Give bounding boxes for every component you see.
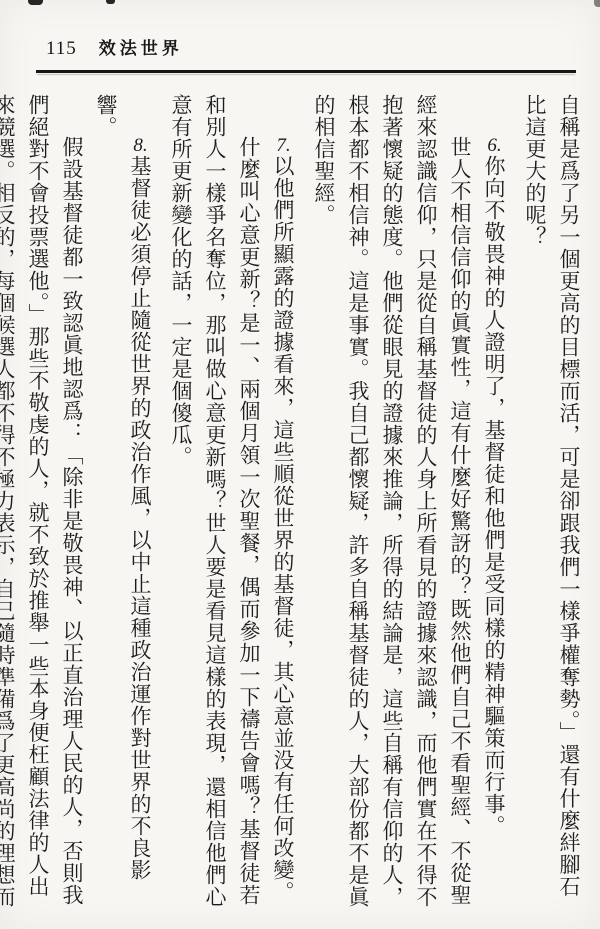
item-number: 6. — [484, 136, 505, 155]
book-page: 115 效法世界 自稱是爲了另一個更高的目標而活，可是卻跟我們一樣爭權奪勢。」還… — [0, 0, 600, 929]
item-number: 8. — [130, 136, 151, 155]
numbered-paragraph: 6.你向不敬畏神的人證明了，基督徒和他們是受同樣的精神驅策而行事。 — [477, 94, 511, 916]
paragraph: 世人不相信信仰的眞實性，這有什麼好驚訝的？既然他們自己不看聖經、不從聖經來認識信… — [307, 94, 477, 916]
numbered-paragraph: 8.基督徒必須停止隨從世界的政治作風，以中止這種政治運作對世界的不良影響。 — [89, 94, 157, 916]
chapter-title: 效法世界 — [99, 34, 183, 59]
vertical-text-body: 自稱是爲了另一個更高的目標而活，可是卻跟我們一樣爭權奪勢。」還有什麼絆腳石比這更… — [0, 94, 586, 916]
page-number: 115 — [46, 38, 77, 60]
paragraph: 假設基督徒都一致認眞地認爲：「除非是敬畏神、以正直治理人民的人，否則我們絕對不會… — [0, 94, 89, 916]
paragraph: 什麼叫心意更新？是一、兩個月領一次聖餐，偶而參加一下禱告會嗎？基督徒若和別人一樣… — [164, 94, 266, 916]
scan-artifact — [594, 0, 600, 7]
running-head: 115 效法世界 — [46, 34, 183, 60]
item-number: 7. — [273, 136, 294, 155]
numbered-paragraph: 7.以他們所顯露的證據看來，這些順從世界的基督徒，其心意並没有任何改變。 — [266, 94, 300, 916]
scan-artifact — [106, 0, 115, 4]
header-rule — [36, 70, 576, 73]
paragraph: 自稱是爲了另一個更高的目標而活，可是卻跟我們一樣爭權奪勢。」還有什麼絆腳石比這更… — [518, 94, 586, 916]
scan-artifact — [28, 0, 43, 5]
